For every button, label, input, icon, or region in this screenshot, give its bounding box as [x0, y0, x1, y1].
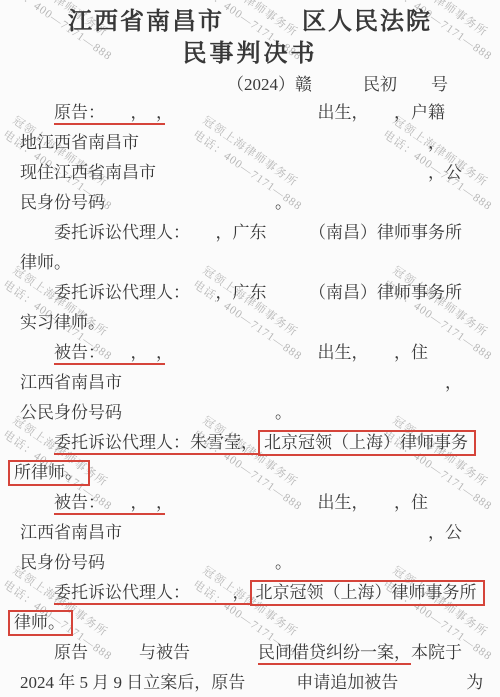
- doc-text: 地江西省南昌市 ，: [20, 133, 445, 152]
- doc-line: 江西省南昌市 ，公: [20, 518, 480, 548]
- document-body: 原告： ， ， 出生， ，户籍地江西省南昌市 ，现住江西省南昌市 ，公民身份号码…: [20, 98, 480, 697]
- doc-text: 律师。: [20, 253, 71, 272]
- doc-text: 江西省南昌市 ，公: [20, 523, 462, 542]
- red-underlined-text: 委托诉讼代理人：朱雪莹，: [54, 433, 258, 455]
- doc-line: 委托诉讼代理人：朱雪莹，北京冠领（上海）律师事务: [20, 428, 480, 458]
- doc-line: 原告： ， ， 出生， ，户籍: [20, 98, 480, 128]
- doc-line: 公民身份号码 。: [20, 398, 480, 428]
- doc-line: 地江西省南昌市 ，: [20, 128, 480, 158]
- doc-line: 被告： ， ， 出生， ，住: [20, 488, 480, 518]
- red-boxed-text: 所律师。: [8, 460, 90, 486]
- doc-line: 原告 与被告 民间借贷纠纷一案，本院于: [20, 638, 480, 668]
- doc-text: 公民身份号码 。: [20, 403, 292, 422]
- doc-line: 律师。: [20, 608, 480, 638]
- red-underlined-text: 被告： ， ，: [54, 343, 165, 365]
- court-name-title: 江西省南昌市 区人民法院: [20, 6, 480, 38]
- doc-line: 委托诉讼代理人： ，广东 （南昌）律师事务所: [20, 218, 480, 248]
- doc-text: 委托诉讼代理人： ，广东 （南昌）律师事务所: [54, 223, 462, 242]
- doc-line: 被告： ， ， 出生， ，住: [20, 338, 480, 368]
- doc-line: 江西省南昌市 ，: [20, 368, 480, 398]
- doc-text: 出生， ，住: [165, 493, 429, 512]
- doc-text: 2024 年 5 月 9 日立案后，原告 申请追加被告 为: [20, 673, 483, 692]
- doc-text: 出生， ，户籍: [165, 103, 446, 122]
- doc-line: 委托诉讼代理人： ，广东 （南昌）律师事务所: [20, 278, 480, 308]
- doc-text: 现住江西省南昌市 ，公: [20, 163, 462, 182]
- red-underlined-text: 被告： ， ，: [54, 493, 165, 515]
- doc-line: 所律师。: [20, 458, 480, 488]
- doc-text: 委托诉讼代理人： ，广东 （南昌）律师事务所: [54, 283, 462, 302]
- judgment-document: 江西省南昌市 区人民法院 民事判决书 （2024）赣 民初 号 原告： ， ， …: [0, 0, 500, 697]
- doc-text: 江西省南昌市 ，: [20, 373, 462, 392]
- doc-text: 出生， ，住: [165, 343, 429, 362]
- red-boxed-text: 律师。: [8, 610, 73, 636]
- doc-line: 律师。: [20, 248, 480, 278]
- red-underlined-text: 民间借贷纠纷一案，: [258, 643, 411, 665]
- doc-line: 民身份号码 。: [20, 188, 480, 218]
- doc-text: 民身份号码 。: [20, 553, 292, 572]
- doc-line: 实习律师。: [20, 308, 480, 338]
- red-boxed-text: 北京冠领（上海）律师事务所: [250, 580, 485, 606]
- case-number: （2024）赣 民初 号: [227, 72, 480, 98]
- scanned-judgment-page: 冠领上海律师事务所电话：400—7171—888冠领上海律师事务所电话：400—…: [0, 0, 500, 697]
- red-underlined-text: 原告： ， ，: [54, 103, 165, 125]
- red-underlined-text: 委托诉讼代理人： ，: [54, 583, 250, 605]
- doc-line: 2024 年 5 月 9 日立案后，原告 申请追加被告 为: [20, 668, 480, 697]
- doc-text: 民身份号码 。: [20, 193, 292, 212]
- red-boxed-text: 北京冠领（上海）律师事务: [258, 430, 476, 456]
- doc-text: 原告 与被告: [54, 643, 258, 662]
- doc-text: 本院于: [411, 643, 462, 662]
- doc-text: 实习律师。: [20, 313, 105, 332]
- doc-line: 民身份号码 。: [20, 548, 480, 578]
- document-type-title: 民事判决书: [20, 38, 480, 70]
- doc-line: 现住江西省南昌市 ，公: [20, 158, 480, 188]
- doc-line: 委托诉讼代理人： ，北京冠领（上海）律师事务所: [20, 578, 480, 608]
